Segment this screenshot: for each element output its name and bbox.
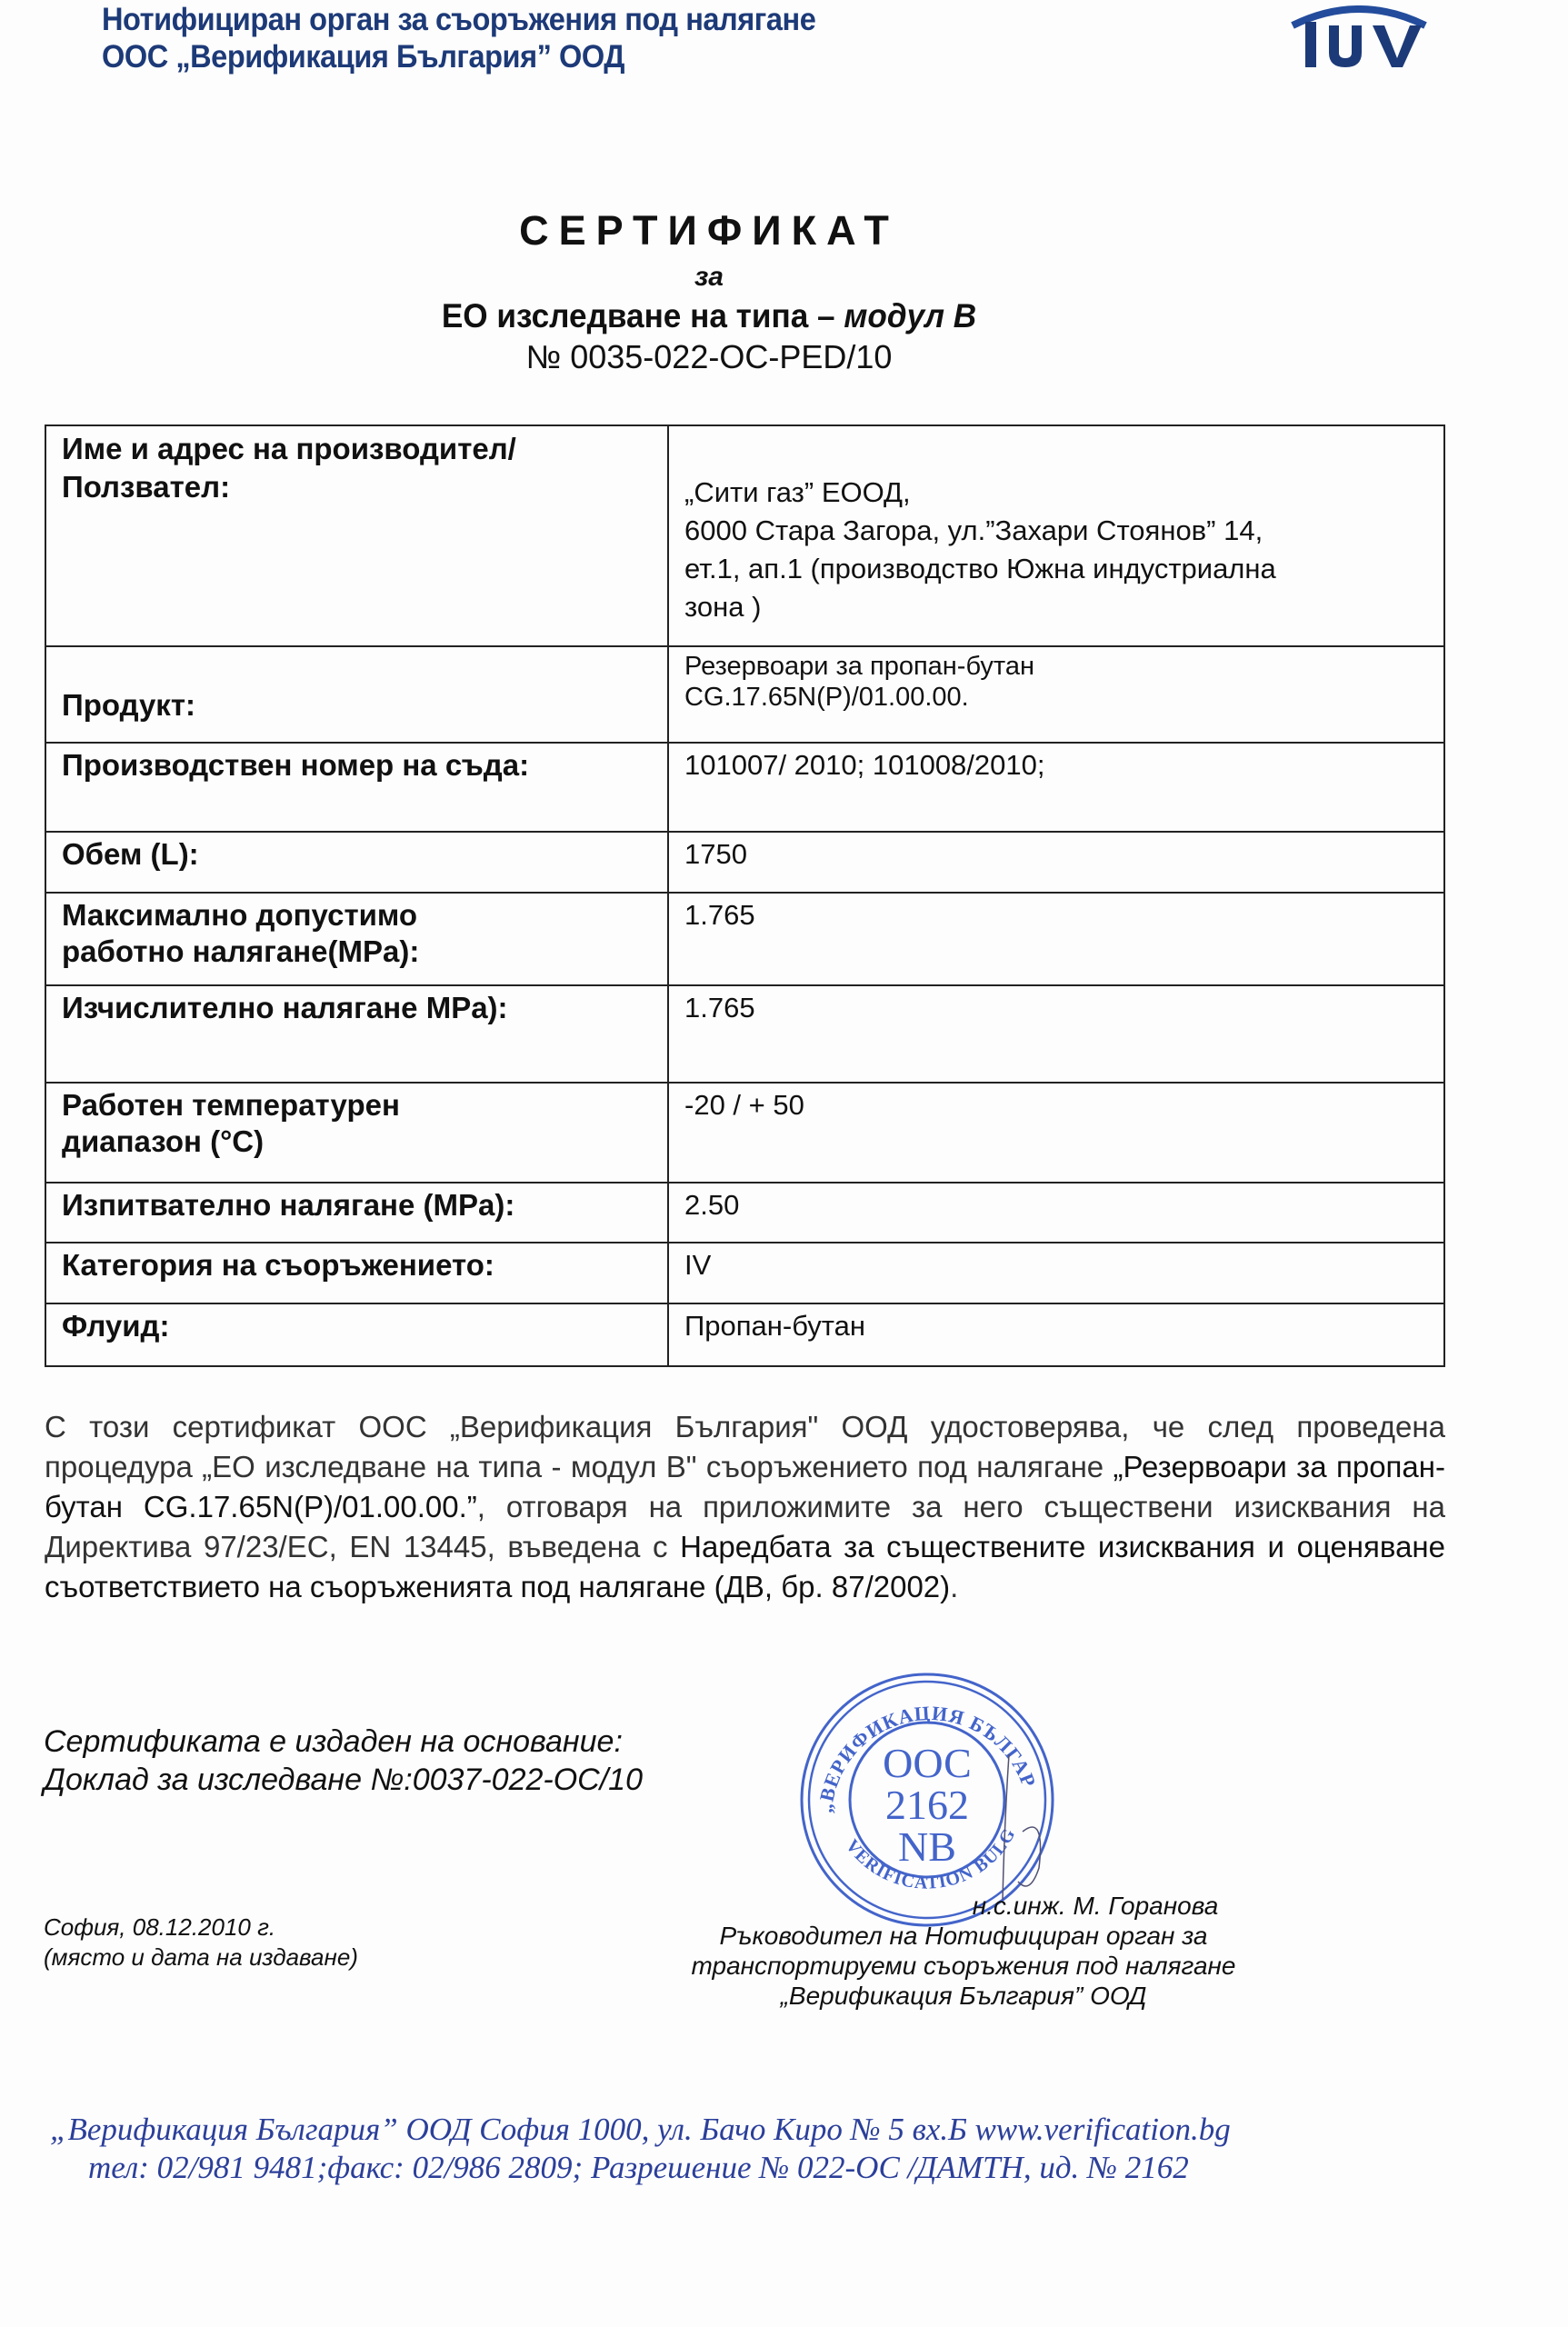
table-value: 1.765 — [668, 985, 1444, 1083]
subtitle-module: модул В — [844, 297, 976, 335]
table-value: „Сити газ” ЕООД, 6000 Стара Загора, ул.”… — [668, 425, 1444, 646]
issuance-basis: Сертификата е издаден на основание: Докл… — [44, 1723, 643, 1799]
letterhead-footer: „Верификация България” ООД София 1000, у… — [50, 2111, 1413, 2187]
table-row-temperature-range: Работен температурен диапазон (°C) -20 /… — [45, 1083, 1444, 1183]
label-line: диапазон (°C) — [62, 1124, 656, 1160]
certificate-subtitle: ЕО изследване на типа – модул В — [35, 297, 1383, 335]
certificate-data-table: Име и адрес на производител/ Ползвател: … — [45, 424, 1445, 1367]
table-value: IV — [668, 1243, 1444, 1303]
certification-statement: С този сертификат ООС „Верификация Бълга… — [45, 1407, 1445, 1607]
signatory-role-1: Ръководител на Нотифициран орган за — [636, 1921, 1291, 1951]
table-row-fluid: Флуид: Пропан-бутан — [45, 1303, 1444, 1366]
stamp-center-2: 2162 — [885, 1782, 969, 1828]
table-value: Резервоари за пропан-бутан CG.17.65N(P)/… — [668, 646, 1444, 743]
label-line: Работен температурен — [62, 1087, 656, 1124]
place-date-caption: (място и дата на издаване) — [44, 1942, 358, 1972]
certificate-title: СЕРТИФИКАТ — [0, 207, 1418, 255]
table-label: Продукт: — [45, 646, 668, 743]
table-label: Категория на съоръжението: — [45, 1243, 668, 1303]
table-row-manufacturer: Име и адрес на производител/ Ползвател: … — [45, 425, 1444, 646]
stamp-center-1: ООС — [883, 1740, 972, 1786]
table-row-serial-number: Производствен номер на съда: 101007/ 201… — [45, 743, 1444, 832]
stamp-center-3: NB — [898, 1823, 956, 1870]
place-date-value: София, 08.12.2010 г. — [44, 1913, 358, 1942]
certificate-number: № 0035-022-OC-PED/10 — [0, 338, 1418, 376]
table-value: Пропан-бутан — [668, 1303, 1444, 1366]
table-row-test-pressure: Изпитвателно налягане (MPa): 2.50 — [45, 1183, 1444, 1243]
signatory-role-3: „Верификация България” ООД — [636, 1981, 1291, 2011]
table-value: 1.765 — [668, 893, 1444, 985]
subtitle-main: ЕО изследване на типа – — [442, 297, 844, 335]
table-row-volume: Обем (L): 1750 — [45, 832, 1444, 893]
signatory-block: н.с.инж. М. Горанова Ръководител на Ноти… — [636, 1891, 1291, 2011]
value-line: CG.17.65N(P)/01.00.00. — [684, 682, 1434, 713]
table-value: 2.50 — [668, 1183, 1444, 1243]
table-row-design-pressure: Изчислително налягане MPa): 1.765 — [45, 985, 1444, 1083]
title-for: за — [0, 262, 1418, 293]
value-line: ет.1, ап.1 (производство Южна индустриал… — [684, 550, 1434, 588]
table-value: 101007/ 2010; 101008/2010; — [668, 743, 1444, 832]
table-row-product: Продукт: Резервоари за пропан-бутан CG.1… — [45, 646, 1444, 743]
basis-report-number: Доклад за изследване №:0037-022-ОС/10 — [44, 1761, 643, 1799]
table-label: Име и адрес на производител/ Ползвател: — [45, 425, 668, 646]
table-label: Флуид: — [45, 1303, 668, 1366]
table-row-category: Категория на съоръжението: IV — [45, 1243, 1444, 1303]
basis-line1: Сертификата е издаден на основание: — [44, 1723, 643, 1761]
organization-name: ООС „Верификация България” ООД — [102, 39, 624, 75]
tuv-logo-icon — [1282, 5, 1436, 69]
signatory-name: н.с.инж. М. Горанова — [636, 1891, 1291, 1921]
table-row-max-working-pressure: Максимално допустимо работно налягане(MP… — [45, 893, 1444, 985]
footer-address: „Верификация България” ООД София 1000, у… — [50, 2111, 1413, 2149]
value-line: 6000 Стара Загора, ул.”Захари Стоянов” 1… — [684, 512, 1434, 550]
issue-place-date: София, 08.12.2010 г. (място и дата на из… — [44, 1913, 358, 1972]
signatory-role-2: транспортируеми съоръжения под налягане — [636, 1951, 1291, 1981]
footer-contacts: тел: 02/981 9481;факс: 02/986 2809; Разр… — [50, 2149, 1413, 2187]
table-label: Производствен номер на съда: — [45, 743, 668, 832]
notified-body-heading: Нотифициран орган за съоръжения под наля… — [102, 2, 815, 38]
table-label: Изпитвателно налягане (MPa): — [45, 1183, 668, 1243]
label-line: Максимално допустимо — [62, 897, 656, 934]
statement-part4: . — [950, 1570, 958, 1603]
value-line: Резервоари за пропан-бутан — [684, 651, 1434, 682]
table-label: Обем (L): — [45, 832, 668, 893]
table-label: Изчислително налягане MPa): — [45, 985, 668, 1083]
value-line: „Сити газ” ЕООД, — [684, 474, 1434, 512]
label-line: работно налягане(MPa): — [62, 934, 656, 970]
table-label: Работен температурен диапазон (°C) — [45, 1083, 668, 1183]
value-line: зона ) — [684, 588, 1434, 626]
table-label: Максимално допустимо работно налягане(MP… — [45, 893, 668, 985]
table-value: 1750 — [668, 832, 1444, 893]
table-value: -20 / + 50 — [668, 1083, 1444, 1183]
